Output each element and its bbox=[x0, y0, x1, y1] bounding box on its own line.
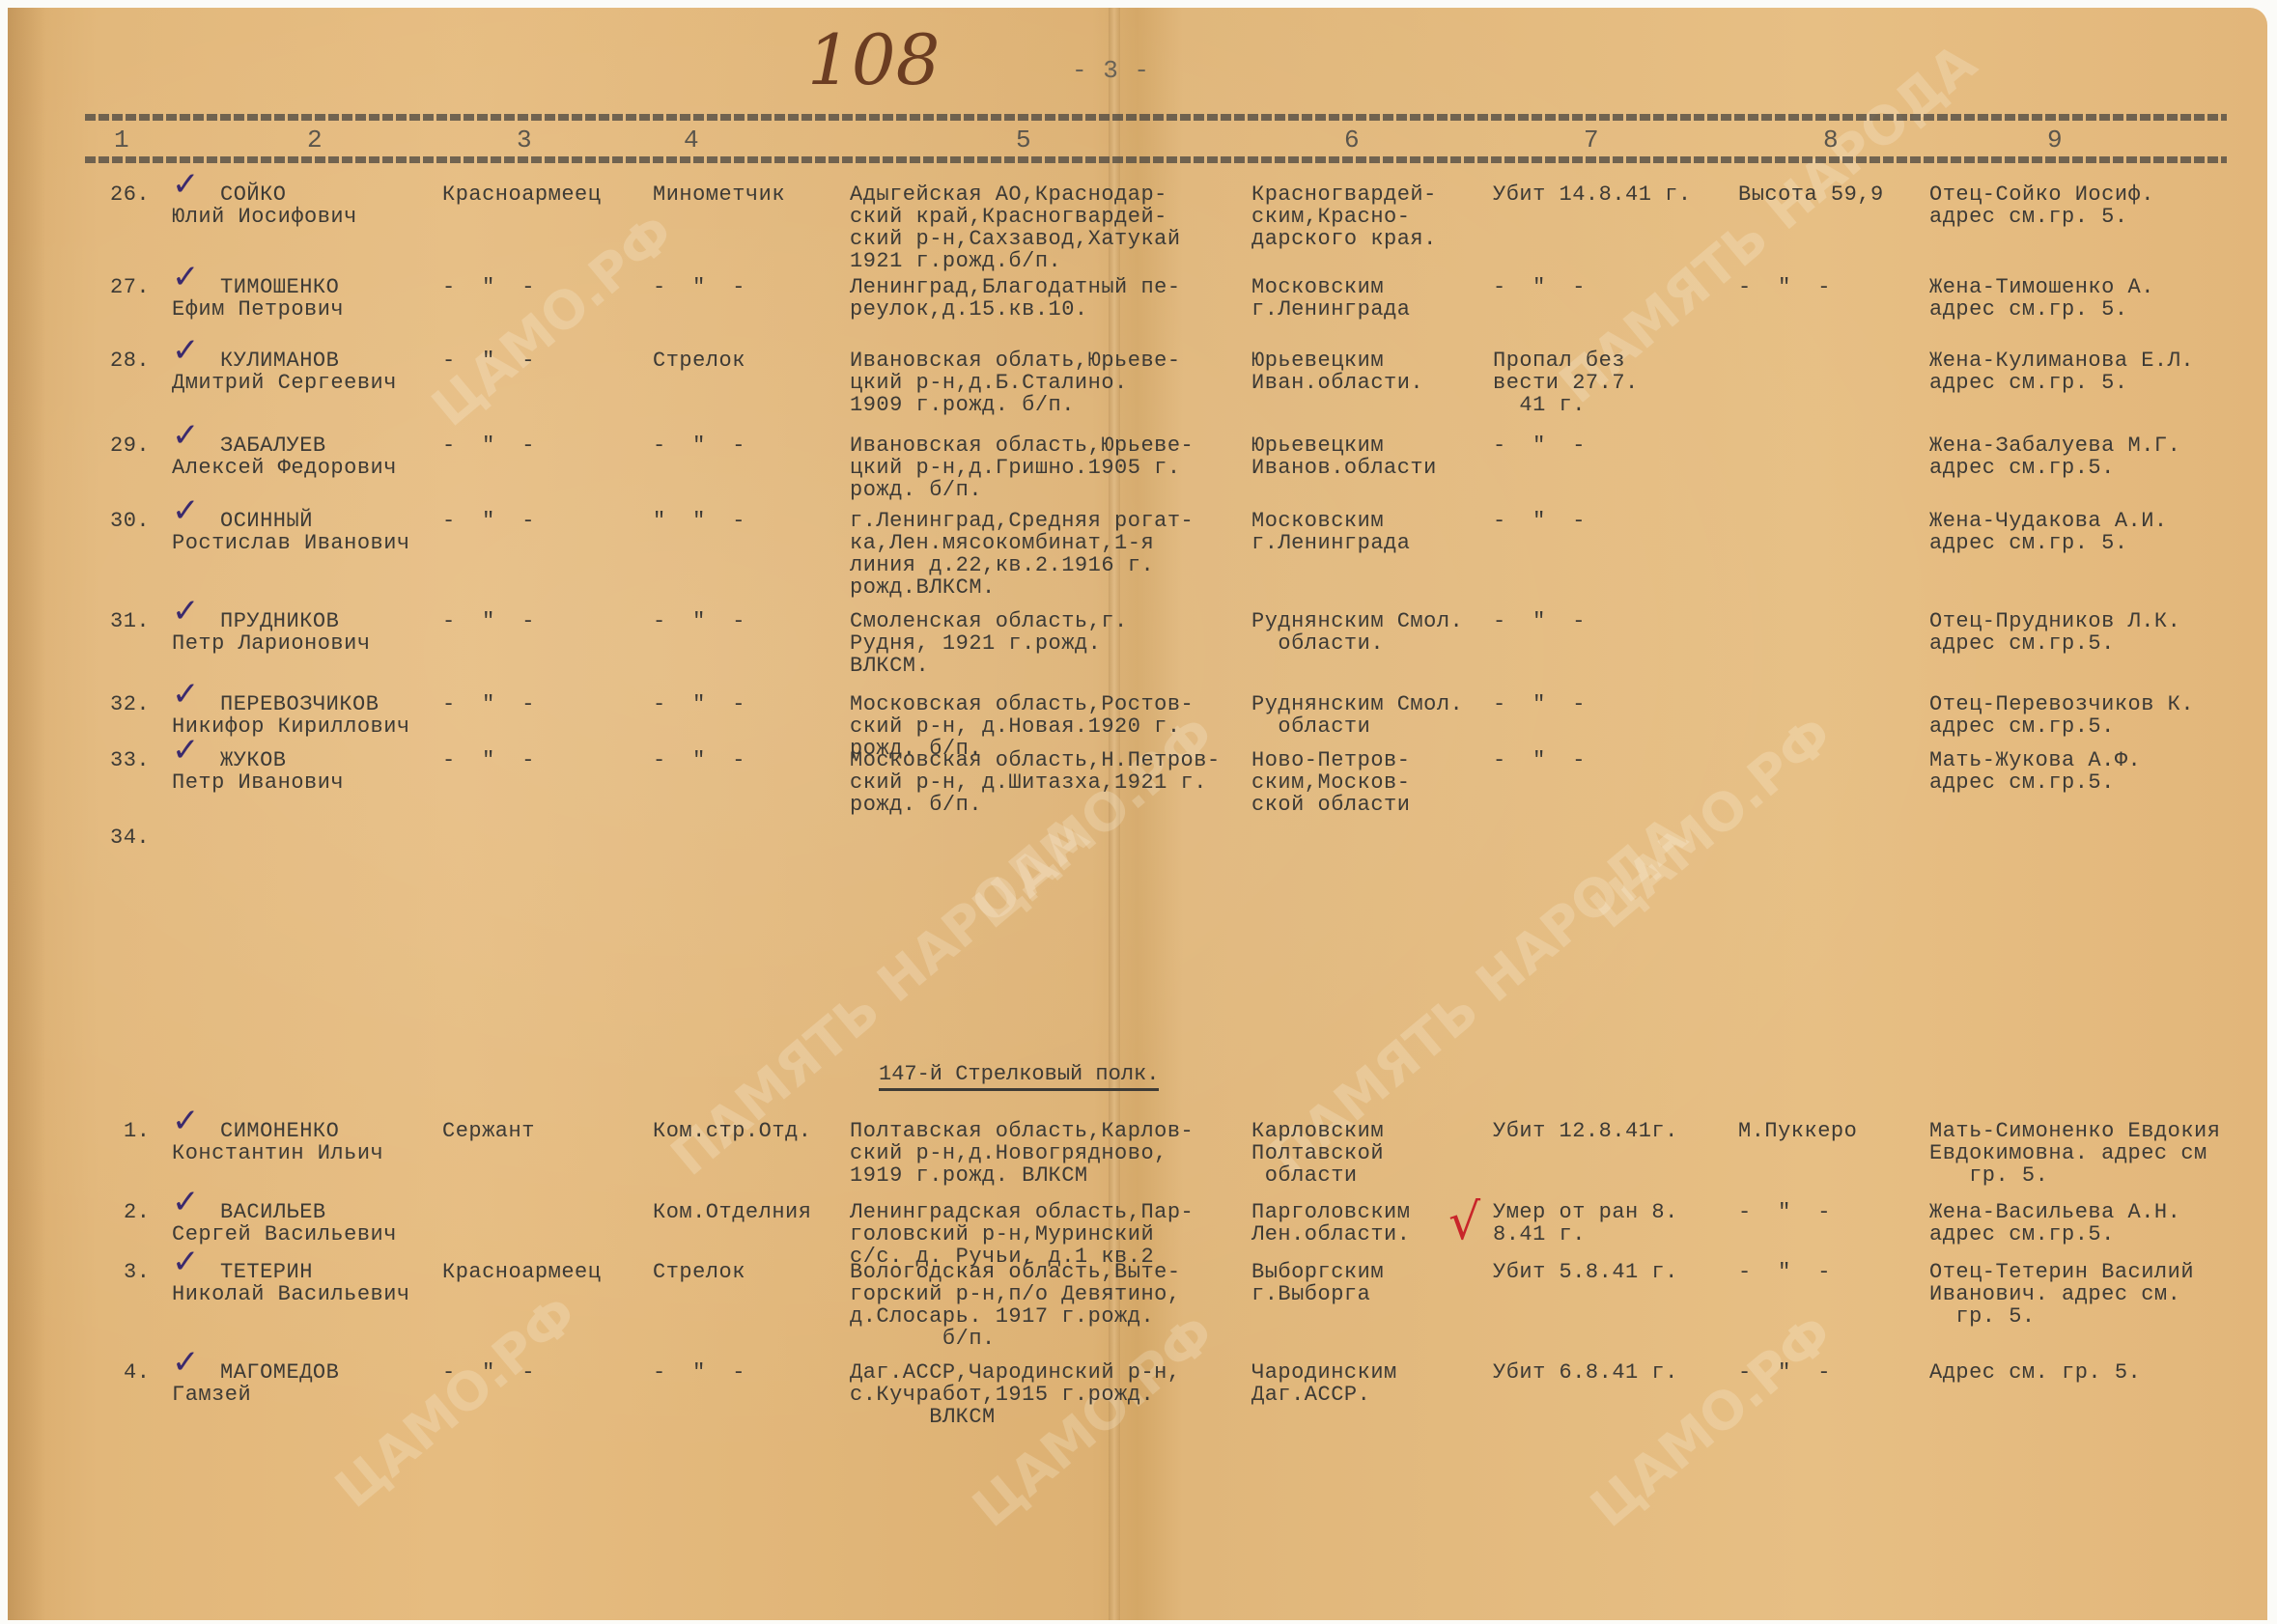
check-mark-icon: ✓ bbox=[172, 1246, 200, 1278]
row-number: 27. bbox=[110, 276, 150, 298]
fate: Убит 14.8.41 г. bbox=[1493, 183, 1692, 206]
position: Ком.стр.Отд. bbox=[653, 1120, 811, 1142]
position: Стрелок bbox=[653, 1261, 745, 1283]
fate: - " - bbox=[1493, 610, 1586, 632]
given-name: Константин Ильич bbox=[172, 1142, 383, 1164]
header-rule-top bbox=[85, 114, 2227, 120]
fate: - " - bbox=[1493, 749, 1586, 771]
relatives: Адрес см. гр. 5. bbox=[1929, 1361, 2141, 1384]
birthplace-address: Адыгейская АО,Краснодар- ский край,Красн… bbox=[850, 183, 1181, 272]
birthplace-address: Полтавская область,Карлов- ский р-н,д.Но… bbox=[850, 1120, 1194, 1187]
conscription-office: Ново-Петров- ским,Москов- ской области bbox=[1251, 749, 1410, 816]
column-number: 4 bbox=[684, 126, 699, 154]
surname: ОСИННЫЙ bbox=[220, 510, 313, 532]
position: - " - bbox=[653, 276, 745, 298]
place-of-death: М.Пуккеро bbox=[1738, 1120, 1857, 1142]
conscription-office: Юрьевецким Иванов.области bbox=[1251, 434, 1437, 479]
given-name: Гамзей bbox=[172, 1384, 251, 1406]
position: Минометчик bbox=[653, 183, 785, 206]
birthplace-address: Смоленская область,г. Рудня, 1921 г.рожд… bbox=[850, 610, 1128, 677]
handwritten-folio-number: 108 bbox=[807, 19, 940, 100]
position: - " - bbox=[653, 749, 745, 771]
check-mark-icon: ✓ bbox=[172, 1105, 200, 1137]
row-number: 1. bbox=[124, 1120, 150, 1142]
surname: СИМОНЕНКО bbox=[220, 1120, 339, 1142]
place-of-death: - " - bbox=[1738, 1261, 1831, 1283]
given-name: Алексей Федорович bbox=[172, 457, 397, 479]
birthplace-address: г.Ленинград,Средняя рогат- ка,Лен.мясоко… bbox=[850, 510, 1194, 599]
given-name: Петр Ларионович bbox=[172, 632, 371, 655]
row-number: 29. bbox=[110, 434, 150, 457]
given-name: Ростислав Иванович bbox=[172, 532, 410, 554]
page-number: - 3 - bbox=[1072, 60, 1150, 82]
rank: - " - bbox=[442, 693, 535, 715]
check-mark-icon: ✓ bbox=[172, 168, 200, 201]
conscription-office: Юрьевецким Иван.области. bbox=[1251, 350, 1423, 394]
row-number: 26. bbox=[110, 183, 150, 206]
row-number: 4. bbox=[124, 1361, 150, 1384]
conscription-office: Руднянским Смол. области bbox=[1251, 693, 1463, 738]
red-check-mark-icon: √ bbox=[1448, 1197, 1480, 1247]
birthplace-address: Вологодская область,Выте- горский р-н,п/… bbox=[850, 1261, 1181, 1350]
header-rule-bottom bbox=[85, 156, 2227, 162]
conscription-office: Парголовским Лен.области. bbox=[1251, 1201, 1410, 1246]
column-number: 7 bbox=[1584, 126, 1599, 154]
conscription-office: Московским г.Ленинграда bbox=[1251, 510, 1410, 554]
fate: Убит 6.8.41 г. bbox=[1493, 1361, 1678, 1384]
relatives: Мать-Симоненко Евдокия Евдокимовна. адре… bbox=[1929, 1120, 2220, 1187]
check-mark-icon: ✓ bbox=[172, 494, 200, 527]
relatives: Отец-Тетерин Василий Иванович. адрес см.… bbox=[1929, 1261, 2194, 1328]
place-of-death: - " - bbox=[1738, 276, 1831, 298]
rank: - " - bbox=[442, 276, 535, 298]
surname: МАГОМЕДОВ bbox=[220, 1361, 339, 1384]
fate: - " - bbox=[1493, 693, 1586, 715]
conscription-office: Руднянским Смол. области. bbox=[1251, 610, 1463, 655]
given-name: Петр Иванович bbox=[172, 771, 344, 794]
row-number: 3. bbox=[124, 1261, 150, 1283]
fate: Убит 12.8.41г. bbox=[1493, 1120, 1678, 1142]
relatives: Отец-Перевозчиков К. адрес см.гр.5. bbox=[1929, 693, 2194, 738]
position: " " - bbox=[653, 510, 745, 532]
conscription-office: Выборгским г.Выборга bbox=[1251, 1261, 1384, 1305]
conscription-office: Красногвардей- ским,Красно- дарского кра… bbox=[1251, 183, 1437, 250]
given-name: Никифор Кириллович bbox=[172, 715, 410, 738]
position: Ком.Отделния bbox=[653, 1201, 811, 1223]
section-title-147th-rifle-regiment: 147-й Стрелковый полк. bbox=[879, 1062, 1159, 1091]
check-mark-icon: ✓ bbox=[172, 595, 200, 628]
rank: Красноармеец bbox=[442, 1261, 601, 1283]
row-number: 30. bbox=[110, 510, 150, 532]
given-name: Дмитрий Сергеевич bbox=[172, 372, 397, 394]
column-number: 9 bbox=[2047, 126, 2063, 154]
row-number: 32. bbox=[110, 693, 150, 715]
surname: ЗАБАЛУЕВ bbox=[220, 434, 326, 457]
surname: ВАСИЛЬЕВ bbox=[220, 1201, 326, 1223]
birthplace-address: Ивановская облать,Юрьеве- цкий р-н,д.Б.С… bbox=[850, 350, 1181, 416]
conscription-office: Карловским Полтавской области bbox=[1251, 1120, 1384, 1187]
surname: ПЕРЕВОЗЧИКОВ bbox=[220, 693, 379, 715]
rank: - " - bbox=[442, 510, 535, 532]
row-number: 2. bbox=[124, 1201, 150, 1223]
check-mark-icon: ✓ bbox=[172, 334, 200, 367]
check-mark-icon: ✓ bbox=[172, 678, 200, 711]
relatives: Жена-Васильева А.Н. адрес см.гр.5. bbox=[1929, 1201, 2180, 1246]
position: - " - bbox=[653, 1361, 745, 1384]
column-number: 1 bbox=[114, 126, 129, 154]
rank: - " - bbox=[442, 610, 535, 632]
conscription-office: Московским г.Ленинграда bbox=[1251, 276, 1410, 321]
check-mark-icon: ✓ bbox=[172, 1346, 200, 1379]
position: - " - bbox=[653, 693, 745, 715]
birthplace-address: Ивановская область,Юрьеве- цкий р-н,д.Гр… bbox=[850, 434, 1194, 501]
binding-edge bbox=[8, 8, 46, 1620]
rank: - " - bbox=[442, 434, 535, 457]
position: - " - bbox=[653, 434, 745, 457]
column-number: 5 bbox=[1016, 126, 1031, 154]
given-name: Сергей Васильевич bbox=[172, 1223, 397, 1246]
place-of-death: Высота 59,9 bbox=[1738, 183, 1884, 206]
birthplace-address: Даг.АССР,Чародинский р-н, с.Кучработ,191… bbox=[850, 1361, 1181, 1428]
row-number: 28. bbox=[110, 350, 150, 372]
relatives: Жена-Кулиманова Е.Л. адрес см.гр. 5. bbox=[1929, 350, 2194, 394]
given-name: Николай Васильевич bbox=[172, 1283, 410, 1305]
fate: Убит 5.8.41 г. bbox=[1493, 1261, 1678, 1283]
check-mark-icon: ✓ bbox=[172, 734, 200, 767]
surname: ТИМОШЕНКО bbox=[220, 276, 339, 298]
column-number: 2 bbox=[307, 126, 323, 154]
rank: Красноармеец bbox=[442, 183, 601, 206]
rank: - " - bbox=[442, 1361, 535, 1384]
row-number: 33. bbox=[110, 749, 150, 771]
birthplace-address: Ленинград,Благодатный пе- реулок,д.15.кв… bbox=[850, 276, 1181, 321]
relatives: Жена-Чудакова А.И. адрес см.гр. 5. bbox=[1929, 510, 2168, 554]
fate: Пропал без вести 27.7. 41 г. bbox=[1493, 350, 1639, 416]
rank: Сержант bbox=[442, 1120, 535, 1142]
surname: КУЛИМАНОВ bbox=[220, 350, 339, 372]
rank: - " - bbox=[442, 350, 535, 372]
row-number: 34. bbox=[110, 826, 150, 849]
surname: СОЙКО bbox=[220, 183, 287, 206]
position: - " - bbox=[653, 610, 745, 632]
relatives: Мать-Жукова А.Ф. адрес см.гр.5. bbox=[1929, 749, 2141, 794]
rank: - " - bbox=[442, 749, 535, 771]
given-name: Юлий Иосифович bbox=[172, 206, 357, 228]
place-of-death: - " - bbox=[1738, 1201, 1831, 1223]
relatives: Жена-Забалуева М.Г. адрес см.гр.5. bbox=[1929, 434, 2180, 479]
place-of-death: - " - bbox=[1738, 1361, 1831, 1384]
column-number: 8 bbox=[1823, 126, 1839, 154]
relatives: Жена-Тимошенко А. адрес см.гр. 5. bbox=[1929, 276, 2154, 321]
surname: ПРУДНИКОВ bbox=[220, 610, 339, 632]
relatives: Отец-Прудников Л.К. адрес см.гр.5. bbox=[1929, 610, 2180, 655]
fate: - " - bbox=[1493, 276, 1586, 298]
relatives: Отец-Сойко Иосиф. адрес см.гр. 5. bbox=[1929, 183, 2154, 228]
fate: - " - bbox=[1493, 510, 1586, 532]
conscription-office: Чародинским Даг.АССР. bbox=[1251, 1361, 1397, 1406]
birthplace-address: Ленинградская область,Пар- головский р-н… bbox=[850, 1201, 1194, 1268]
fate: - " - bbox=[1493, 434, 1586, 457]
row-number: 31. bbox=[110, 610, 150, 632]
position: Стрелок bbox=[653, 350, 745, 372]
fate: Умер от ран 8. 8.41 г. bbox=[1493, 1201, 1678, 1246]
check-mark-icon: ✓ bbox=[172, 261, 200, 294]
column-number: 3 bbox=[517, 126, 532, 154]
given-name: Ефим Петрович bbox=[172, 298, 344, 321]
surname: ЖУКОВ bbox=[220, 749, 287, 771]
check-mark-icon: ✓ bbox=[172, 1186, 200, 1218]
birthplace-address: Московская область,Н.Петров- ский р-н, д… bbox=[850, 749, 1221, 816]
column-number: 6 bbox=[1344, 126, 1360, 154]
check-mark-icon: ✓ bbox=[172, 419, 200, 452]
surname: ТЕТЕРИН bbox=[220, 1261, 313, 1283]
